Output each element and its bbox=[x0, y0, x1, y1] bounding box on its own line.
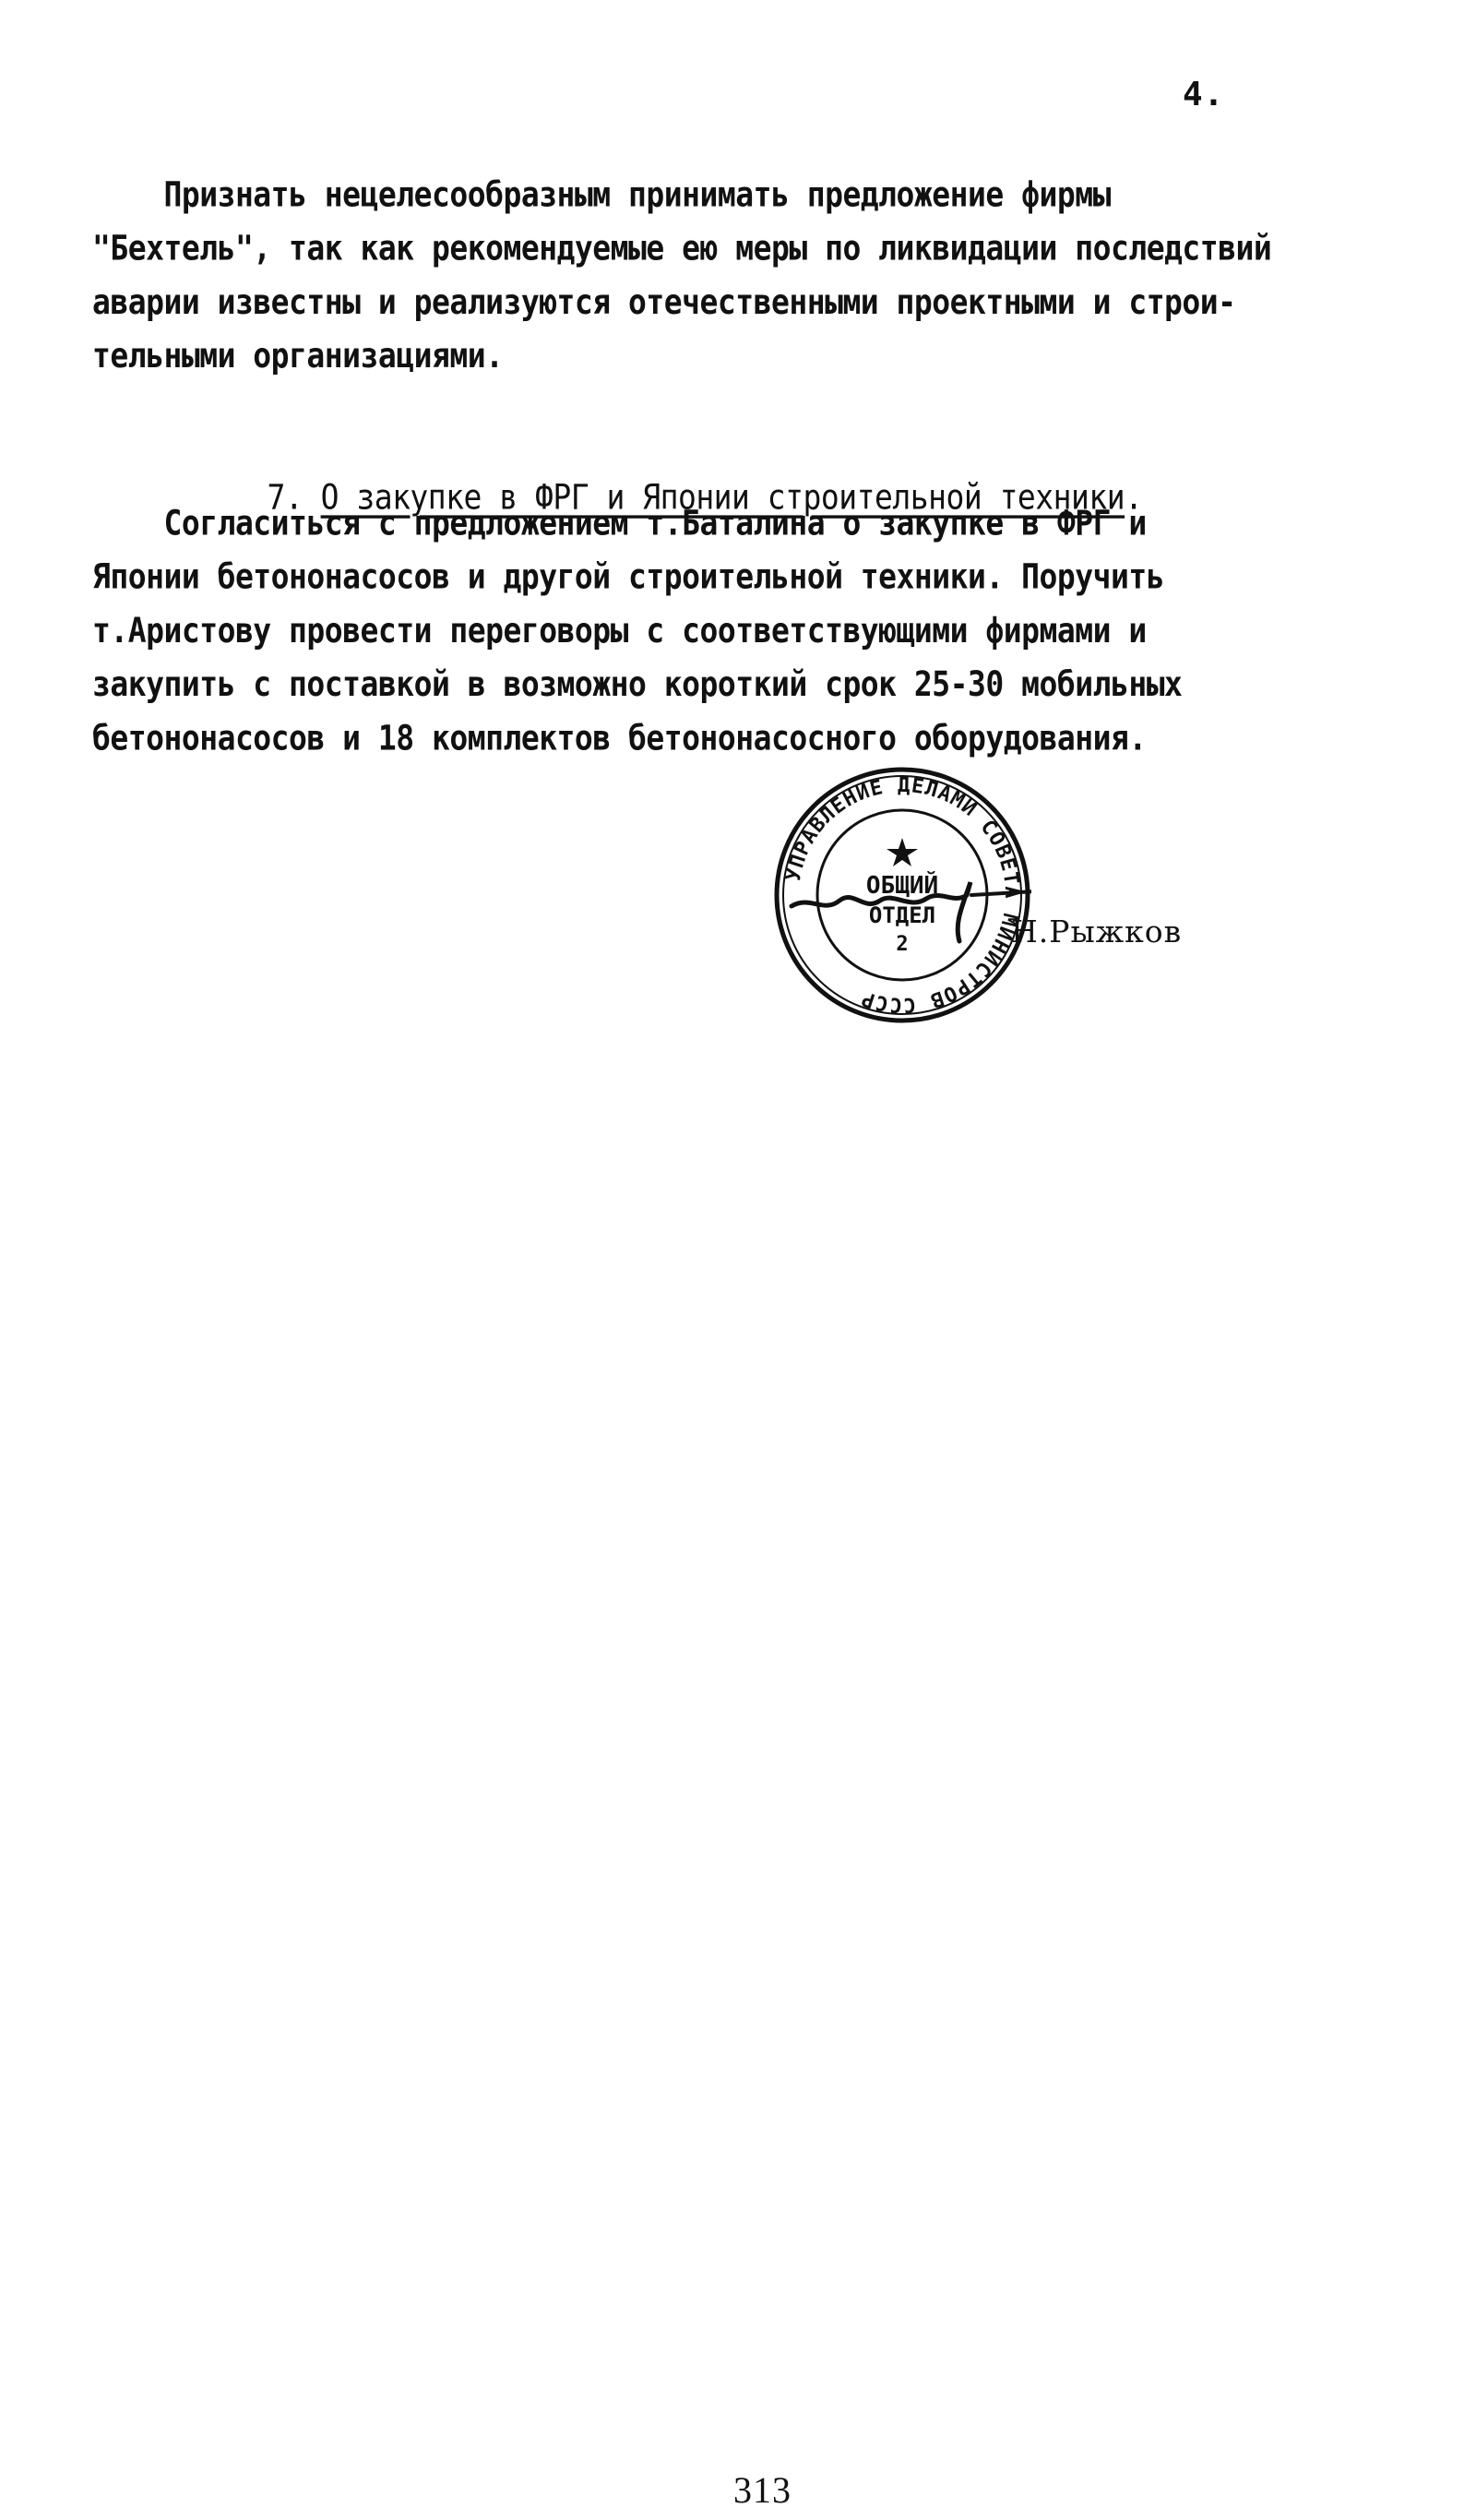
stamp-inner-number: 2 bbox=[896, 933, 908, 956]
paragraph-purchase-decision: Согласиться с предложением т.Баталина о … bbox=[92, 496, 1421, 765]
stamp-inner-line-2: ОТДЕЛ bbox=[869, 902, 935, 928]
signatory-name: Н.Рыжков bbox=[1011, 914, 1182, 949]
paragraph-bechtel-proposal: Признать нецелесообразным принимать пред… bbox=[92, 168, 1421, 383]
star-icon bbox=[887, 838, 918, 866]
stamp-inner-line-1: ОБЩИЙ bbox=[866, 870, 938, 900]
page-label-top: 4. bbox=[1183, 76, 1224, 113]
page-number-bottom: 313 bbox=[733, 2468, 792, 2512]
official-stamp: УПРАВЛЕНИЕ ДЕЛАМИ СОВЕТА МИНИСТРОВ СССР … bbox=[773, 766, 1031, 1024]
